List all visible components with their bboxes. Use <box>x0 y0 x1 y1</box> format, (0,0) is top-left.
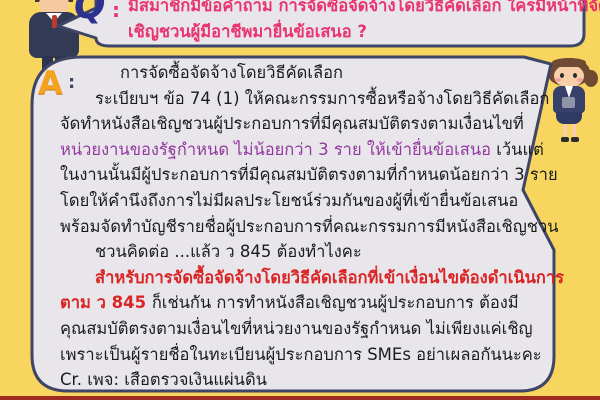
question-line-2: เชิญชวนผู้มีอาชีพมายื่นข้อเสนอ ? <box>128 19 578 45</box>
infographic-canvas: Q : มีสมาชิกมีข้อคำถาม การจัดซื้อจัดจ้าง… <box>0 0 600 400</box>
question-text: มีสมาชิกมีข้อคำถาม การจัดซื้อจัดจ้างโดยว… <box>128 0 578 45</box>
bottom-red-strip <box>0 396 600 400</box>
answer-line-10: ตาม ว 845 ก็เช่นกัน การทำหนังสือเชิญชวนผ… <box>60 290 552 316</box>
answer-line-2: ระเบียบฯ ข้อ 74 (1) ให้คณะกรรมการซื้อหรื… <box>60 86 552 112</box>
answer-line-8: ชวนคิดต่อ ...แล้ว ว 845 ต้องทำไงคะ <box>60 239 552 265</box>
answer-line-9: สำหรับการจัดซื้อจัดจ้างโดยวิธีคัดเลือกที… <box>60 265 552 291</box>
credit-line: Cr. เพจ: เสือตรวจเงินแผ่นดิน <box>60 367 552 393</box>
q-badge: Q <box>74 0 105 27</box>
answer-line-12: เพราะเป็นผู้รายชื่อในทะเบียนผู้ประกอบการ… <box>60 342 552 368</box>
answer-line-5: ในงานนั้นมีผู้ประกอบการที่มีคุณสมบัติตรง… <box>60 162 552 188</box>
answer-line-7: พร้อมจัดทำบัญชีรายชื่อผู้ประกอบการที่คณะ… <box>60 214 552 240</box>
question-line-1: มีสมาชิกมีข้อคำถาม การจัดซื้อจัดจ้างโดยว… <box>128 0 578 19</box>
answer-line-4: หน่วยงานของรัฐกำหนด ไม่น้อยกว่า 3 ราย ให… <box>60 137 552 163</box>
answer-text: การจัดซื้อจัดจ้างโดยวิธีคัดเลือก ระเบียบ… <box>60 60 552 393</box>
answer-line-6: โดยให้คำนึงถึงการไม่มีผลประโยชน์ร่วมกันข… <box>60 188 552 214</box>
answer-line-1: การจัดซื้อจัดจ้างโดยวิธีคัดเลือก <box>60 60 552 86</box>
answer-line-3: จัดทำหนังสือเชิญชวนผู้ประกอบการที่มีคุณส… <box>60 111 552 137</box>
answer-line-11: คุณสมบัติตรงตามเงื่อนไขที่หน่วยงานของรัฐ… <box>60 316 552 342</box>
q-badge-colon: : <box>112 0 120 22</box>
